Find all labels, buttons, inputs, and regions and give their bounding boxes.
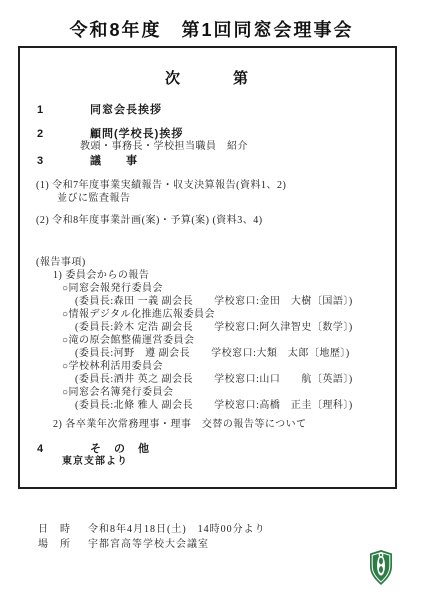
committee-name: ○同窓会名簿発行委員会 (62, 388, 174, 398)
document-page: 令和8年度 第1回同窓会理事会 次 第 1 同窓会長挨拶 2 顧問(学校長)挨拶… (0, 0, 423, 604)
report-sub2: 2) 各卒業年次常務理事・理事 交替の報告等について (53, 420, 307, 430)
agenda-heading: 次 第 (20, 71, 395, 86)
committee-name: ○情報デジタル化推進広報委員会 (62, 310, 215, 320)
item-3-number: 3 (37, 156, 43, 167)
item-3-label: 議 事 (90, 156, 138, 167)
shield-icon (370, 550, 392, 585)
item-4-subtext: 東京支部より (62, 457, 128, 467)
report-sub1: 1) 委員会からの報告 (53, 271, 149, 281)
date-label: 日 時 (38, 525, 71, 535)
meeting-title: 令和8年度 第1回同窓会理事会 (0, 21, 423, 39)
committee-name: ○学校林利活用委員会 (62, 362, 163, 372)
committee-detail: (委員長:鈴木 定浩 副会長 学校窓口:阿久津智史〔数学〕) (75, 323, 353, 333)
committee-detail: (委員長:酒井 英之 副会長 学校窓口:山口 航〔英語〕) (75, 375, 353, 385)
item-1-number: 1 (37, 105, 43, 116)
committee-detail: (委員長:河野 遵 副会長 学校窓口:大類 太郎〔地歴〕) (75, 349, 350, 359)
school-crest-icon (370, 550, 392, 585)
motion-1-line2: 並びに監査報告 (57, 194, 131, 204)
date-value: 令和8年4月18日(土) 14時00分より (88, 525, 266, 535)
committee-detail: (委員長:森田 一義 副会長 学校窓口:金田 大樹〔国語〕) (75, 297, 353, 307)
motion-1-line1: (1) 令和7年度事業実績報告・収支決算報告(資料1、2) (36, 181, 286, 191)
agenda-box: 次 第 1 同窓会長挨拶 2 顧問(学校長)挨拶 教頭・事務長・学校担当職員 紹… (18, 46, 397, 489)
committee-name: ○同窓会報発行委員会 (62, 284, 163, 294)
item-2-number: 2 (37, 129, 43, 140)
item-4-number: 4 (37, 444, 43, 455)
item-1-label: 同窓会長挨拶 (90, 105, 162, 116)
place-value: 宇都宮高等学校大会議室 (88, 540, 209, 550)
item-2-label: 顧問(学校長)挨拶 (90, 129, 183, 140)
item-4-label: そ の 他 (90, 444, 150, 455)
item-2-subtext: 教頭・事務長・学校担当職員 紹介 (80, 142, 248, 152)
report-header: (報告事項) (36, 258, 86, 268)
committee-detail: (委員長:北條 雅人 副会長 学校窓口:高橋 正圭〔理科〕) (75, 401, 353, 411)
motion-2-line: (2) 令和8年度事業計画(案)・予算(案) (資料3、4) (36, 216, 263, 226)
place-label: 場 所 (38, 540, 71, 550)
committee-name: ○滝の原会館整備運営委員会 (62, 336, 195, 346)
